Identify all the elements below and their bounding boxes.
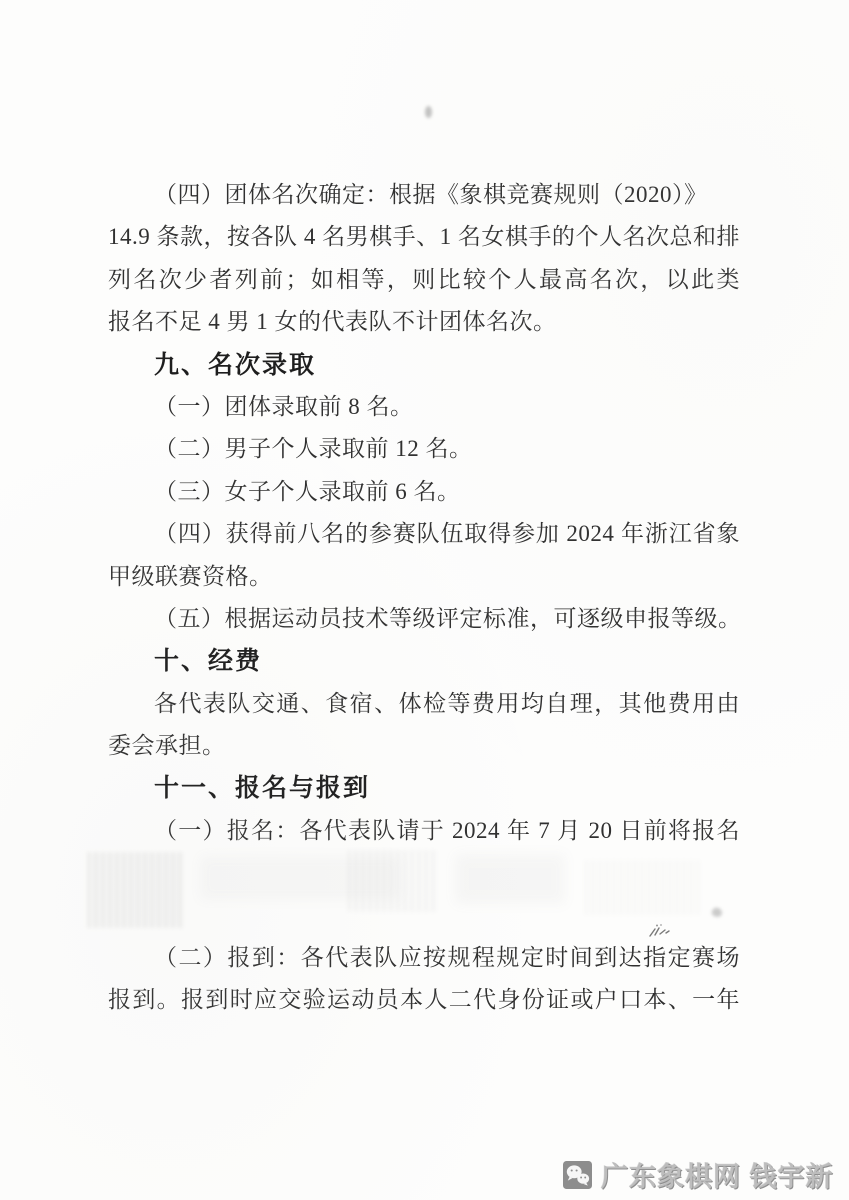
scan-artifact-speck [425,106,432,118]
wechat-icon [563,1161,592,1189]
document-line: 报名不足 4 男 1 女的代表队不计团体名次。 [108,301,740,343]
redacted-contact-area [108,852,740,937]
document-line: （三）女子个人录取前 6 名。 [108,471,740,513]
document-line: 14.9 条款，按各队 4 名男棋手、1 名女棋手的个人名次总和排 [108,216,740,258]
document-line: （四）团体名次确定：根据《象棋竞赛规则（2020）》 [108,174,740,216]
document-line: （一）报名：各代表队请于 2024 年 7 月 20 日前将报名材 [108,810,740,852]
section-heading-prize-ranking: 九、名次录取 [108,344,740,386]
document-line: （二）男子个人录取前 12 名。 [108,428,740,470]
document-line: 甲级联赛资格。 [108,556,740,598]
watermark-text: 广东象棋网 钱宇新 [601,1155,834,1194]
section-heading-registration: 十一、报名与报到 [108,767,740,809]
document-line: 报到。报到时应交验运动员本人二代身份证或户口本、一年以 [108,979,740,1021]
section-heading-expenses: 十、经费 [108,640,740,682]
scanned-document-page: （四）团体名次确定：根据《象棋竞赛规则（2020）》 14.9 条款，按各队 4… [0,0,849,1200]
document-line: （一）团体录取前 8 名。 [108,386,740,428]
document-line: 各代表队交通、食宿、体检等费用均自理，其他费用由组 [108,683,740,725]
document-line: 委会承担。 [108,725,740,767]
document-line: （五）根据运动员技术等级评定标准，可逐级申报等级。 [108,598,740,640]
watermark: 广东象棋网 钱宇新 [563,1155,834,1194]
document-line: 列名次少者列前；如相等，则比较个人最高名次，以此类推。 [108,259,740,301]
document-line: （二）报到：各代表队应按规程规定时间到达指定赛场地 [108,937,740,979]
document-line: （四）获得前八名的参赛队伍取得参加 2024 年浙江省象棋 [108,513,740,555]
document-content: （四）团体名次确定：根据《象棋竞赛规则（2020）》 14.9 条款，按各队 4… [108,174,740,1022]
